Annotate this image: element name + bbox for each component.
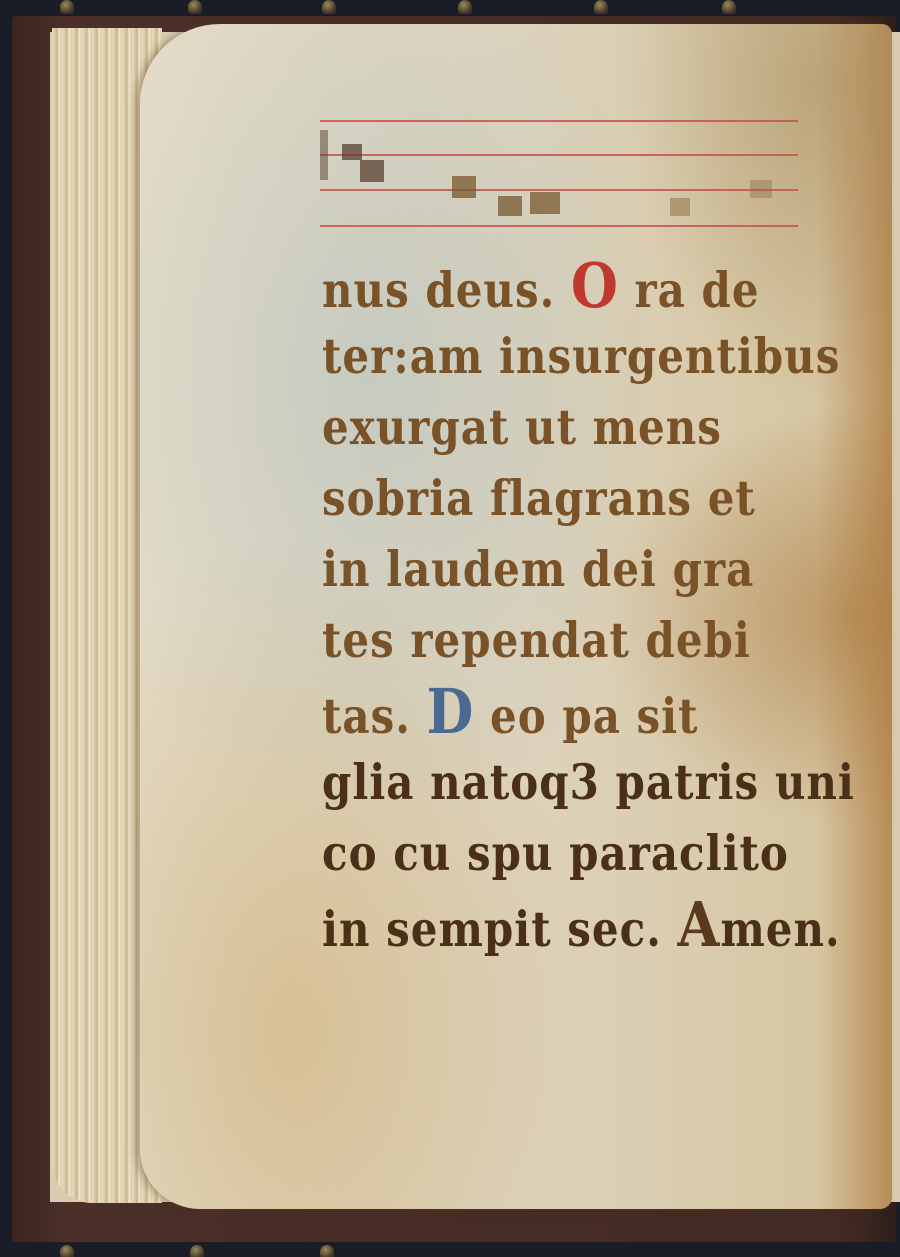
music-staff (320, 118, 798, 228)
text-line: co cu spu paraclito (322, 813, 822, 895)
neume (320, 130, 328, 180)
binding-peg (594, 0, 608, 14)
binding-peg (60, 0, 74, 14)
manuscript-text: nus deus. O ra de ter:am insurgentibus e… (322, 250, 822, 960)
staff-line (320, 154, 798, 156)
text-segment: tes rependat debi (322, 612, 751, 668)
binding-peg (722, 0, 736, 14)
text-line: tas. D eo pa sit (322, 671, 822, 753)
cadel-initial-a: A (677, 887, 720, 961)
text-line: in sempit sec. Amen. (322, 884, 822, 966)
text-line: in laudem dei gra (322, 529, 822, 611)
binding-peg (188, 0, 202, 14)
text-line: sobria flagrans et (322, 458, 822, 540)
text-segment: men. (720, 901, 840, 957)
neume (342, 144, 362, 160)
neume (360, 160, 384, 182)
text-segment: in sempit sec. (322, 901, 677, 957)
text-segment: co cu spu paraclito (322, 825, 789, 881)
text-segment: ra de (619, 262, 760, 318)
text-segment: eo pa sit (474, 688, 698, 744)
staff-line (320, 225, 798, 227)
binding-peg (190, 1245, 204, 1257)
text-line: tes rependat debi (322, 600, 822, 682)
text-segment: ter:am insurgentibus (322, 328, 840, 384)
text-segment: exurgat ut mens (322, 399, 722, 455)
neume (498, 196, 522, 216)
text-line: nus deus. O ra de (322, 245, 822, 327)
neume (670, 198, 690, 216)
binding-peg (60, 1245, 74, 1257)
text-line: ter:am insurgentibus (322, 316, 822, 398)
neume (452, 176, 476, 198)
text-segment: tas. (322, 688, 427, 744)
text-segment: in laudem dei gra (322, 541, 754, 597)
staff-line (320, 189, 798, 191)
blue-initial-d: D (427, 674, 475, 748)
text-segment: sobria flagrans et (322, 470, 756, 526)
binding-peg (458, 0, 472, 14)
neume (530, 192, 560, 214)
red-initial-o: O (571, 248, 619, 322)
text-segment: glia natoq3 patris uni (322, 754, 855, 810)
text-segment: nus deus. (322, 262, 571, 318)
text-line: exurgat ut mens (322, 387, 822, 469)
staff-line (320, 120, 798, 122)
binding-peg (320, 1245, 334, 1257)
neume (750, 180, 772, 198)
binding-peg (322, 0, 336, 14)
text-line: glia natoq3 patris uni (322, 742, 822, 824)
